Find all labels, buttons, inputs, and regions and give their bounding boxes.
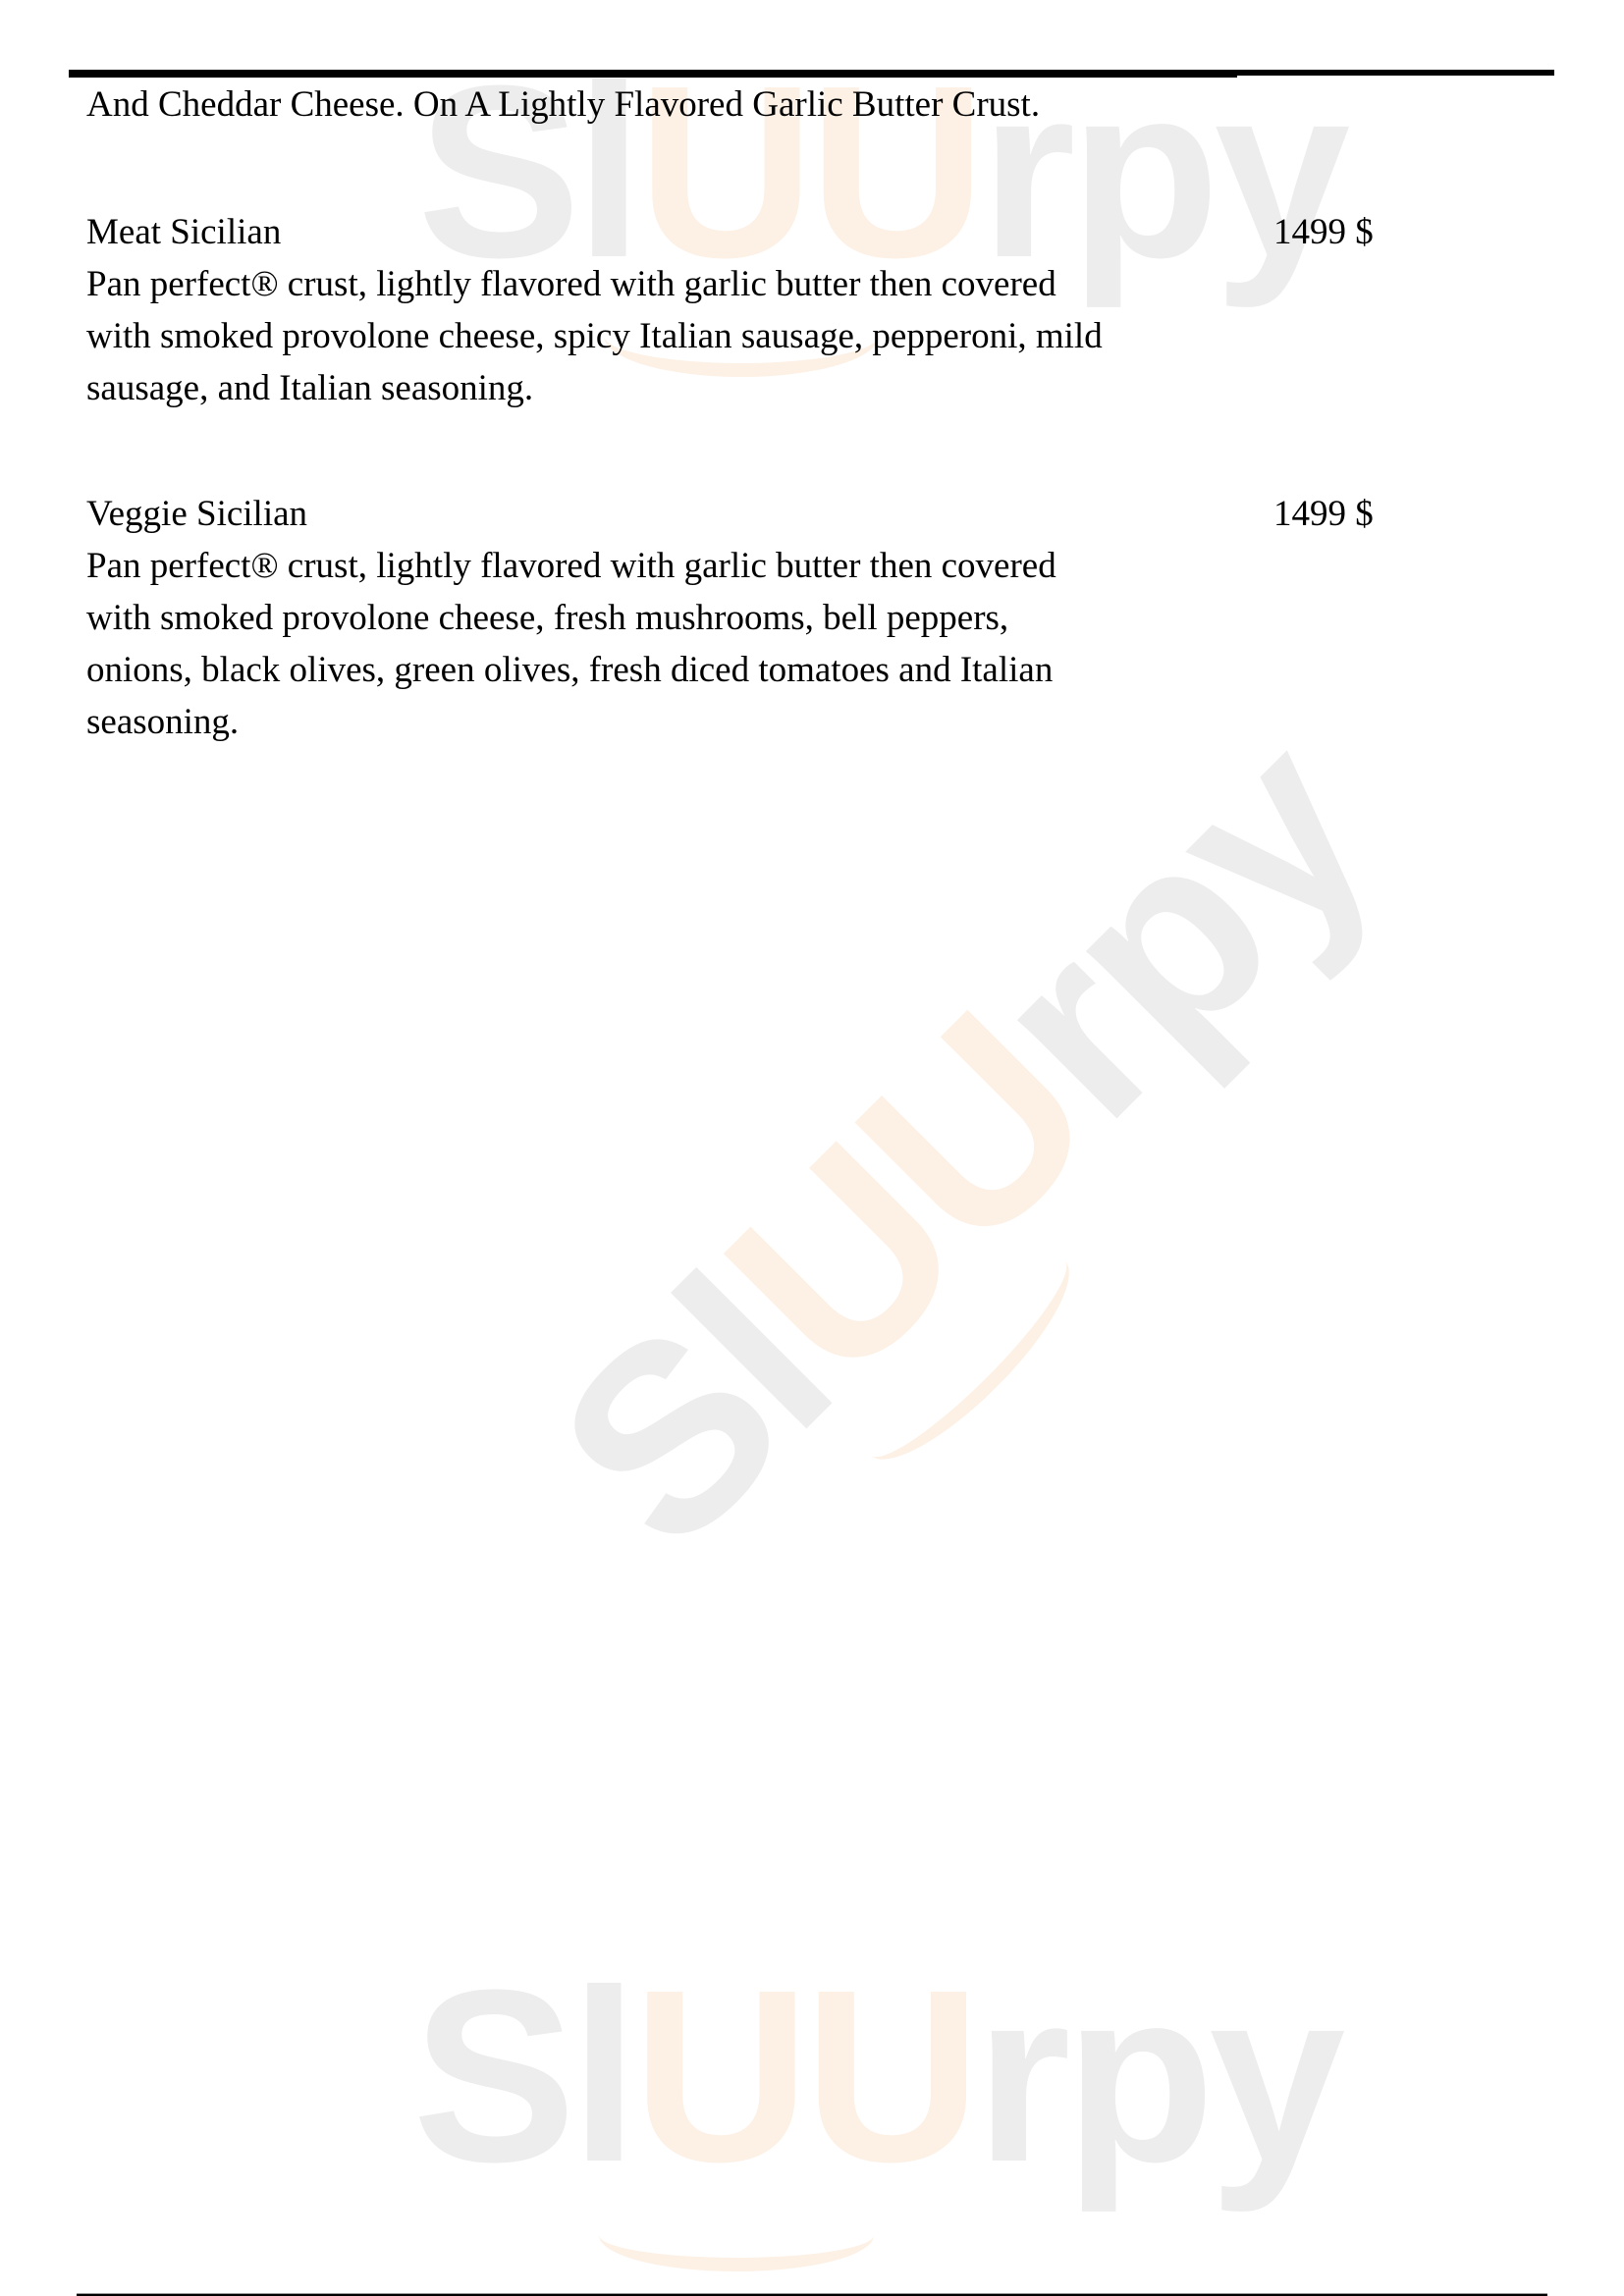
description-line: Pan perfect® crust, lightly flavored wit…: [86, 258, 1265, 310]
description-line: sausage, and Italian seasoning.: [86, 362, 1265, 414]
watermark-text-prefix: Sl: [504, 1225, 882, 1603]
watermark-text-suffix: rpy: [975, 1939, 1339, 2213]
watermark-swoosh-icon: [841, 1232, 1094, 1484]
menu-item-header: Veggie Sicilian 1499 $: [86, 488, 1461, 540]
top-border-rule-right: [1237, 70, 1554, 76]
menu-item-name: Veggie Sicilian: [86, 488, 307, 540]
menu-item-price: 1499 $: [1273, 206, 1374, 258]
menu-item-price: 1499 $: [1273, 488, 1374, 540]
menu-item-header: Meat Sicilian 1499 $: [86, 206, 1461, 258]
description-line: onions, black olives, green olives, fres…: [86, 644, 1265, 696]
top-border-rule: [69, 70, 1237, 78]
watermark-text-suffix: rpy: [935, 683, 1423, 1171]
sluurpy-watermark-middle: SlUUrpy: [514, 695, 1412, 1592]
continued-description: And Cheddar Cheese. On A Lightly Flavore…: [86, 79, 1040, 131]
watermark-text-highlight: UU: [673, 963, 1144, 1434]
description-line: seasoning.: [86, 696, 1265, 748]
menu-item-name: Meat Sicilian: [86, 206, 281, 258]
watermark-text-highlight: UU: [632, 1939, 975, 2213]
watermark-text-prefix: Sl: [412, 1939, 632, 2213]
menu-item-veggie-sicilian: Veggie Sicilian 1499 $ Pan perfect® crus…: [86, 488, 1461, 748]
menu-item-description: Pan perfect® crust, lightly flavored wit…: [86, 258, 1265, 414]
menu-item-description: Pan perfect® crust, lightly flavored wit…: [86, 540, 1265, 748]
description-line: with smoked provolone cheese, fresh mush…: [86, 592, 1265, 644]
description-line: Pan perfect® crust, lightly flavored wit…: [86, 540, 1265, 592]
description-line: with smoked provolone cheese, spicy Ital…: [86, 310, 1265, 362]
menu-item-meat-sicilian: Meat Sicilian 1499 $ Pan perfect® crust,…: [86, 206, 1461, 414]
sluurpy-watermark-bottom: SlUUrpy: [412, 1953, 1339, 2199]
watermark-swoosh-icon: [599, 2199, 874, 2271]
